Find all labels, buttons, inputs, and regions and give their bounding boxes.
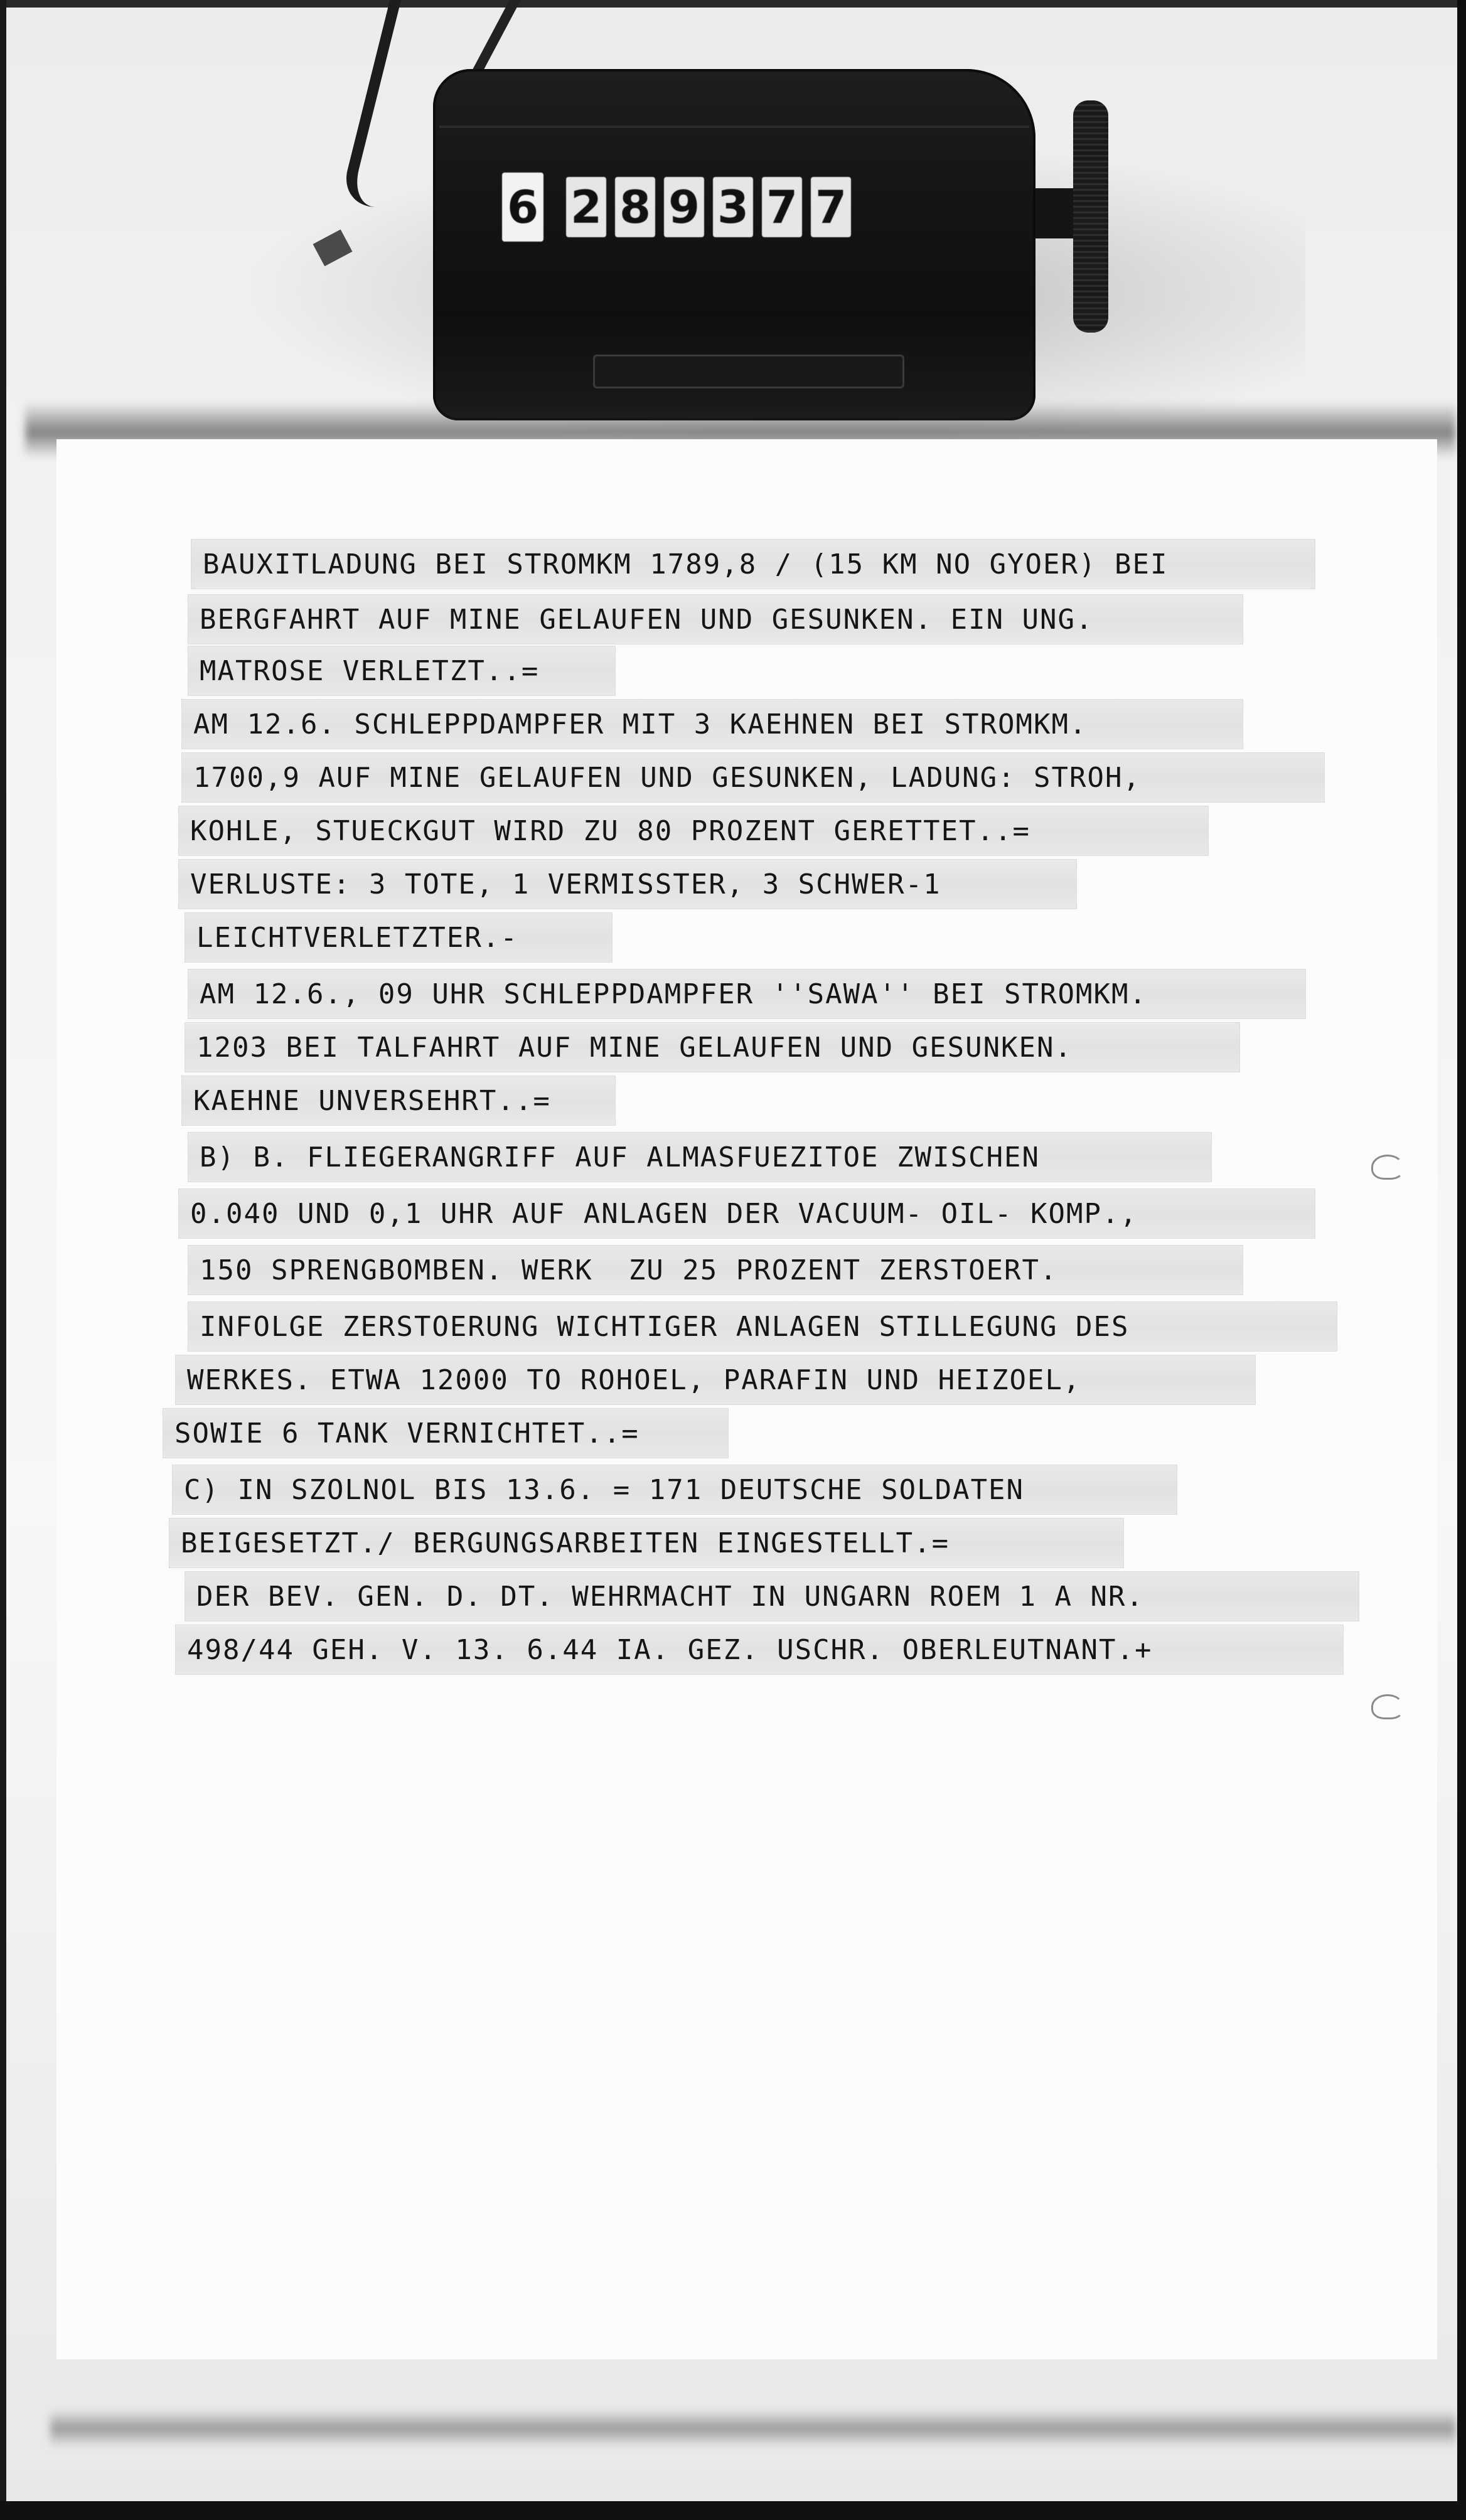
- tape-strip: C) IN SZOLNOL BIS 13.6. = 171 DEUTSCHE S…: [173, 1465, 1177, 1514]
- film-frame-right: [1457, 0, 1466, 2520]
- tape-strip: 498/44 GEH. V. 13. 6.44 IA. GEZ. USCHR. …: [176, 1625, 1343, 1674]
- tape-strip: KAEHNE UNVERSEHRT..=: [182, 1076, 615, 1125]
- counter-digit: 7: [762, 177, 802, 237]
- film-frame-top: [0, 0, 1466, 8]
- tape-strip: SOWIE 6 TANK VERNICHTET..=: [163, 1409, 728, 1458]
- tape-strip: DER BEV. GEN. D. DT. WEHRMACHT IN UNGARN…: [185, 1572, 1359, 1621]
- tape-strip: MATROSE VERLETZT..=: [188, 646, 615, 695]
- tape-strip: LEICHTVERLETZTER.-: [185, 913, 612, 962]
- sheet-bottom-shadow: [50, 2410, 1456, 2447]
- counter-digit: 2: [566, 177, 606, 237]
- counter-display: 6 2 8 9 3 7 7: [502, 169, 935, 245]
- tape-strip: 1203 BEI TALFAHRT AUF MINE GELAUFEN UND …: [185, 1023, 1239, 1072]
- counter-digit: 8: [615, 177, 655, 237]
- tape-strip: BERGFAHRT AUF MINE GELAUFEN UND GESUNKEN…: [188, 595, 1243, 644]
- tape-strip: 1700,9 AUF MINE GELAUFEN UND GESUNKEN, L…: [182, 753, 1324, 802]
- tape-strip: AM 12.6., 09 UHR SCHLEPPDAMPFER ''SAWA''…: [188, 969, 1305, 1018]
- counter-digit: 9: [664, 177, 704, 237]
- counter-nameplate: [593, 355, 904, 388]
- punch-hole-mark: [1371, 1155, 1404, 1180]
- counter-reset-knob: [1073, 100, 1108, 333]
- tape-strip: BAUXITLADUNG BEI STROMKM 1789,8 / (15 KM…: [191, 540, 1315, 589]
- tape-strip: VERLUSTE: 3 TOTE, 1 VERMISSTER, 3 SCHWER…: [179, 860, 1076, 909]
- counter-digit: 3: [713, 177, 753, 237]
- tape-strip: WERKES. ETWA 12000 TO ROHOEL, PARAFIN UN…: [176, 1355, 1255, 1404]
- counter-digit: 7: [811, 177, 851, 237]
- tape-strip: 0.040 UND 0,1 UHR AUF ANLAGEN DER VACUUM…: [179, 1189, 1315, 1238]
- film-frame-bottom: [0, 2501, 1466, 2520]
- tape-strip: B) B. FLIEGERANGRIFF AUF ALMASFUEZITOE Z…: [188, 1133, 1211, 1182]
- counter-digit: 6: [502, 173, 543, 242]
- tape-strip: 150 SPRENGBOMBEN. WERK ZU 25 PROZENT ZER…: [188, 1246, 1243, 1295]
- tape-strip: BEIGESETZT./ BERGUNGSARBEITEN EINGESTELL…: [169, 1519, 1123, 1567]
- tape-strip: KOHLE, STUECKGUT WIRD ZU 80 PROZENT GERE…: [179, 806, 1208, 855]
- punch-hole-mark: [1371, 1694, 1404, 1719]
- tape-strip: INFOLGE ZERSTOERUNG WICHTIGER ANLAGEN ST…: [188, 1302, 1337, 1351]
- counter-seam: [439, 125, 1029, 128]
- film-frame-left: [0, 0, 6, 2520]
- tape-strip: AM 12.6. SCHLEPPDAMPFER MIT 3 KAEHNEN BE…: [182, 700, 1243, 749]
